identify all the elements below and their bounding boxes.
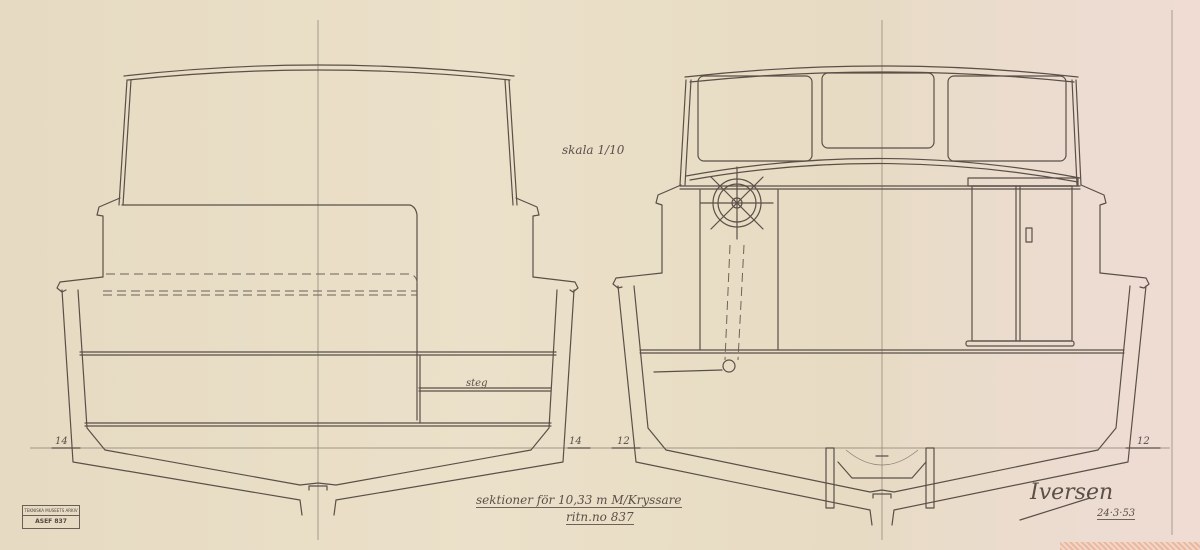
window-left xyxy=(698,76,812,161)
frame-label-14-right: 14 xyxy=(569,436,582,447)
cabin-door xyxy=(966,178,1078,346)
frame-label-12-left: 12 xyxy=(617,436,630,447)
drawing-date: 24·3·53 xyxy=(1097,508,1135,520)
window-center xyxy=(822,73,934,148)
scale-label: skala 1/10 xyxy=(562,143,624,157)
right-section-view xyxy=(613,66,1149,525)
archive-stamp: TEKNISKA MUSEETS ARKIV ASEF 837 xyxy=(22,505,80,529)
helm-wheel-icon xyxy=(701,167,773,239)
frame-label-14-left: 14 xyxy=(55,436,68,447)
stamp-line-2: ASEF 837 xyxy=(23,516,79,528)
drawing-canvas xyxy=(0,0,1200,550)
signature: Iversen xyxy=(1030,480,1113,505)
window-right xyxy=(948,76,1066,161)
stamp-line-1: TEKNISKA MUSEETS ARKIV xyxy=(23,506,79,516)
steg-label: steg xyxy=(466,378,487,389)
drawing-number: ritn.no 837 xyxy=(566,510,634,525)
engine-bed xyxy=(826,448,934,508)
left-section-view xyxy=(57,65,578,515)
drawing-title: sektioner för 10,33 m M/Kryssare xyxy=(476,493,682,508)
door-handle-icon xyxy=(1026,228,1032,242)
frame-label-12-right: 12 xyxy=(1137,436,1150,447)
steering-pulley xyxy=(723,360,735,372)
